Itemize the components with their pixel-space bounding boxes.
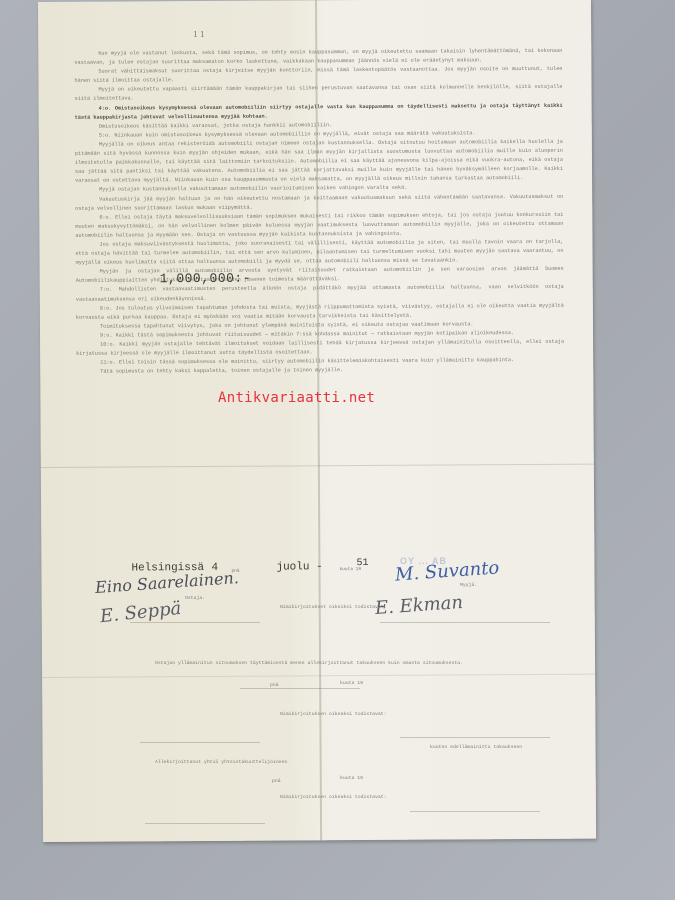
guarantee-kuuta: kuuta 19 — [340, 681, 363, 686]
company-label: Allekirjoittanut yhtiö yhteistakuuttelij… — [155, 760, 287, 765]
watermark: Antikvariaatti.net — [218, 390, 375, 406]
guarantee2-line-left — [145, 823, 265, 824]
seller-label: Myyjä. — [460, 583, 477, 588]
signature-line-left — [130, 622, 260, 623]
guarantee-month-line — [300, 688, 360, 689]
contract-body: Kun myyjä ole vastanut laskusta, sekä tä… — [74, 47, 564, 377]
contract-paragraph: Myyjällä on oikeus antaa rekisteröidä au… — [75, 138, 563, 186]
contract-paragraph: 6:o. Ellei ostaja täytä maksuvelvollisuu… — [75, 210, 563, 240]
contract-paragraph: Jos ostaja maksuviivästyksestä huolimatt… — [75, 238, 563, 268]
contract-paragraph: Tätä sopimusta on tehty kaksi kappaletta… — [76, 365, 564, 377]
guarantee-intro: Ostajan yllämainitun sitoumuksen täyttäm… — [155, 661, 463, 666]
guarantee2-kuuta: kuuta 19 — [340, 776, 363, 781]
insurance-amount: 1,000,000:- — [160, 271, 251, 287]
buyer-label: Ostaja. — [185, 596, 205, 601]
guarantee-witness-label: Nimikirjoituksen oikeaksi todistavat: — [280, 712, 387, 717]
month: juolu - — [276, 561, 322, 573]
year: 51 — [356, 558, 368, 569]
guarantee2-pnaa: pnä — [272, 779, 281, 784]
liability-label: kuuten edellämainittu takaukseen — [430, 745, 522, 750]
guarantee-pnaa: pnä — [270, 683, 279, 688]
guarantee-signature-line-left — [140, 742, 260, 743]
guarantee-day-line — [240, 688, 300, 689]
guarantee2-line-right — [410, 811, 540, 812]
witness-label: Nimikirjoitukset oikeiksi todistavat: — [280, 605, 387, 610]
guarantee-signature-line-right — [400, 737, 550, 738]
guarantee2-witness-label: Nimikirjoituksen oikeaksi todistavat: — [280, 795, 387, 800]
margin-marks: 1 1 — [193, 29, 204, 39]
signature-line-right — [380, 622, 550, 623]
